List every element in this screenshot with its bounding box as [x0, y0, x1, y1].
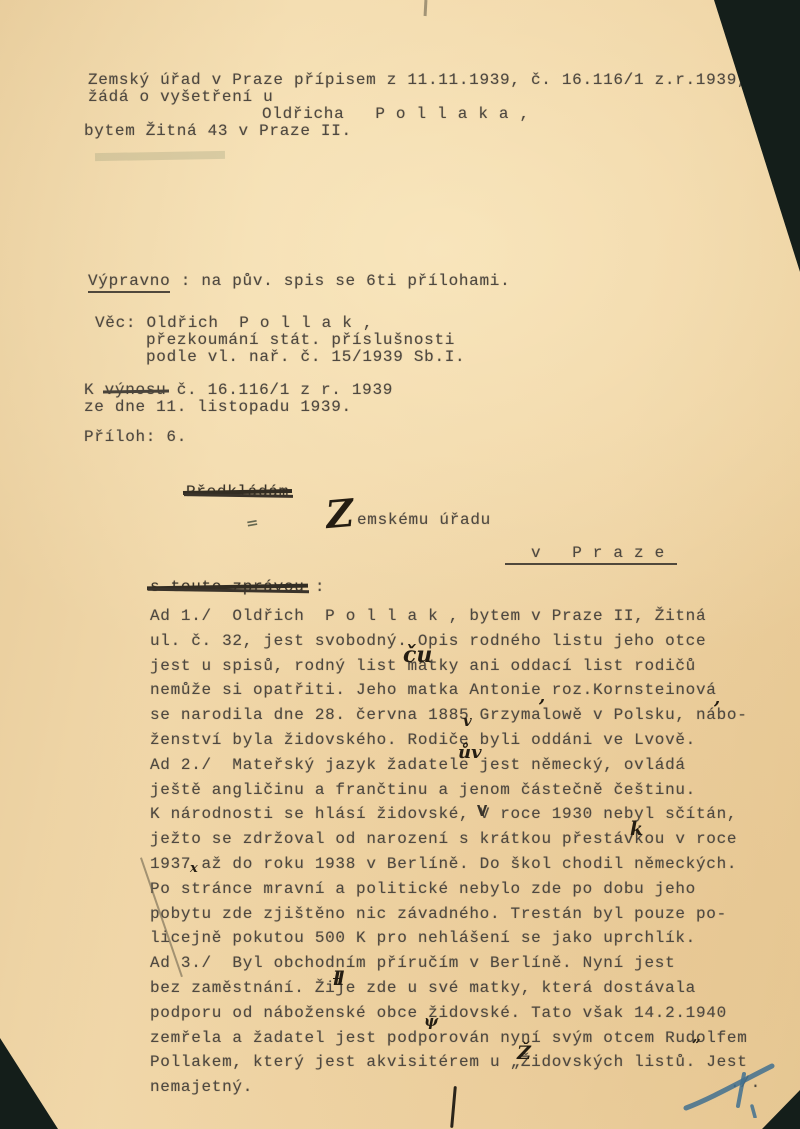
handwritten-correction-zadatel: ův — [458, 744, 482, 762]
body-line: nemůže si opatřiti. Jeho matka Antonie r… — [150, 678, 790, 703]
top-edge-ink-tick — [424, 0, 428, 16]
body-line: Po stránce mravní a politické nebylo zde… — [150, 877, 790, 902]
body-line: pobytu zde zjištěno nic závadného. Trest… — [150, 902, 790, 927]
reference-line-1: K výnosu č. 16.116/1 z r. 1939 — [84, 382, 393, 398]
handwritten-initial-z: Z — [324, 494, 355, 534]
handwritten-v-insert: v — [463, 714, 472, 729]
handwritten-quote-insert: ” — [692, 1038, 701, 1053]
attachments-line: Příloh: 6. — [84, 429, 187, 445]
blue-pencil-mark — [680, 1058, 780, 1118]
subject-line-3: podle vl. nař. č. 15/1939 Sb.I. — [146, 349, 465, 365]
header-address-line: bytem Žitná 43 v Praze II. — [84, 123, 352, 139]
dispatch-rest: : na pův. spis se 6ti přílohami. — [170, 272, 510, 290]
body-line: ježto se zdržoval od narození s krátkou … — [150, 827, 790, 852]
body-line: 1937 až do roku 1938 v Berlíně. Do škol … — [150, 852, 790, 877]
handwritten-comma-insert: , — [539, 688, 545, 706]
header-line-1: Zemský úřad v Praze přípisem z 11.11.193… — [88, 72, 747, 88]
reference-suffix: č. 16.116/1 z r. 1939 — [166, 381, 393, 399]
phrase-colon: : — [305, 578, 326, 596]
body-line: Ad 1./ Oldřich P o l l a k , bytem v Pra… — [150, 604, 790, 629]
scanned-document: Zemský úřad v Praze přípisem z 11.11.193… — [0, 0, 800, 1129]
handwritten-comma-insert: , — [714, 690, 720, 708]
header-line-2: žádá o vyšetření u — [88, 89, 273, 105]
dispatch-note: Výpravno : na pův. spis se 6ti přílohami… — [88, 273, 510, 289]
body-line: ul. č. 32, jest svobodný. Opis rodného l… — [150, 629, 790, 654]
reference-prefix: K — [84, 381, 105, 399]
handwritten-overstrike-zidovskych: Ž — [517, 1044, 531, 1063]
subject-line-1: Věc: Oldřich P o l l a k , — [95, 315, 373, 331]
handwritten-correction-matky: ču — [403, 644, 432, 666]
addressee-typed: emskému úřadu — [357, 512, 491, 528]
body-line: jest u spisů, rodný list matky ani oddac… — [150, 654, 790, 679]
body-line: Ad 3./ Byl obchodním příručím v Berlíně.… — [150, 951, 790, 976]
place-underlined: v P r a z e — [505, 544, 677, 565]
body-line: licejně pokutou 500 K pro nehlášení se j… — [150, 926, 790, 951]
body-line: K národnosti se hlásí židovské, V roce 1… — [150, 802, 790, 827]
handwritten-k-correction: k — [630, 820, 643, 839]
handwritten-dash-mark: = — [245, 515, 260, 532]
subject-line-2: přezkoumání stát. příslušnosti — [146, 332, 455, 348]
crossed-phrase-text: s touto zprávou — [150, 579, 305, 595]
paper-sheet: Zemský úřad v Praze přípisem z 11.11.193… — [0, 0, 800, 1129]
crossed-phrase-line: s touto zprávou : — [150, 579, 325, 595]
body-line: podporu od náboženské obce židovské. Tat… — [150, 1001, 790, 1026]
reference-struck-word: výnosu — [105, 382, 167, 398]
body-line: ještě angličinu a frančtinu a jenom část… — [150, 778, 790, 803]
handwritten-insert-podporovan: ψ — [424, 1014, 438, 1029]
reference-line-2: ze dne 11. listopadu 1939. — [84, 399, 352, 415]
crossed-forwarding-word: Předkládám — [186, 484, 289, 500]
body-line: bez zaměstnání. Žije zde u své matky, kt… — [150, 976, 790, 1001]
typed-overstrike-v: V — [477, 804, 487, 821]
handwritten-correction-zil: ll — [333, 970, 341, 989]
body-paragraph: Ad 1./ Oldřich P o l l a k , bytem v Pra… — [150, 604, 790, 1100]
addressee-place: v P r a z e — [505, 545, 677, 561]
dispatch-word-underlined: Výpravno — [88, 272, 170, 293]
handwritten-x-insert: x — [190, 862, 198, 875]
header-name-line: Oldřicha P o l l a k a , — [262, 106, 530, 122]
pencil-smudge — [95, 151, 225, 161]
forwarding-struck-text: Předkládám — [186, 484, 289, 500]
